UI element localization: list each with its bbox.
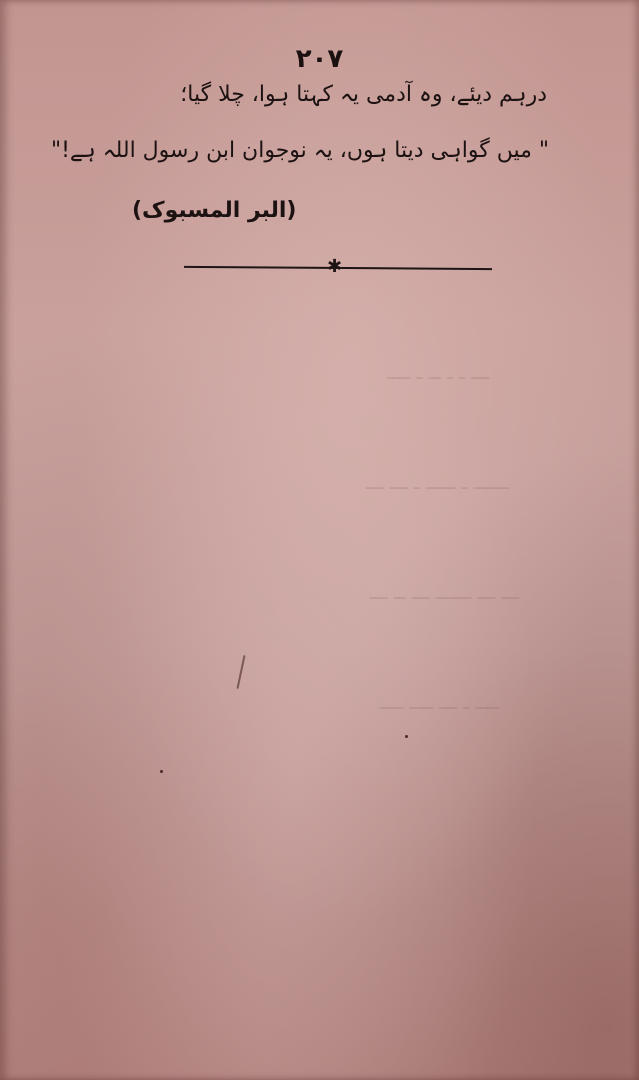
bleed-through-text: ـــ ـــ ــــــ ـــ ــ ـــ [370,580,519,604]
text-line: " میں گواہی دیتا ہوں، یہ نوجوان ابن رسول… [51,138,549,163]
divider-ornament-icon: ✱ [327,258,342,276]
paper-mark [236,655,245,689]
book-page: ـــ ـ ـ ــ ـ ــــ ــــــ ـ ـــــ ـ ـــ ـ… [0,0,639,1080]
text-line: درہم دیئے، وہ آدمی یہ کہتا ہوا، چلا گیا؛ [180,82,547,107]
bleed-through-text: ــــ ـ ـــ ــــ ــــ [380,690,499,714]
paper-speck [405,735,408,738]
page-number: ۲۰۷ [0,44,639,74]
bleed-through-text: ــــــ ـ ـــــ ـ ـــ ـــ [366,470,509,494]
bleed-through-text: ـــ ـ ـ ــ ـ ــــ [387,360,489,384]
source-citation: (البر المسبوک) [132,198,296,223]
paper-speck [160,770,163,773]
